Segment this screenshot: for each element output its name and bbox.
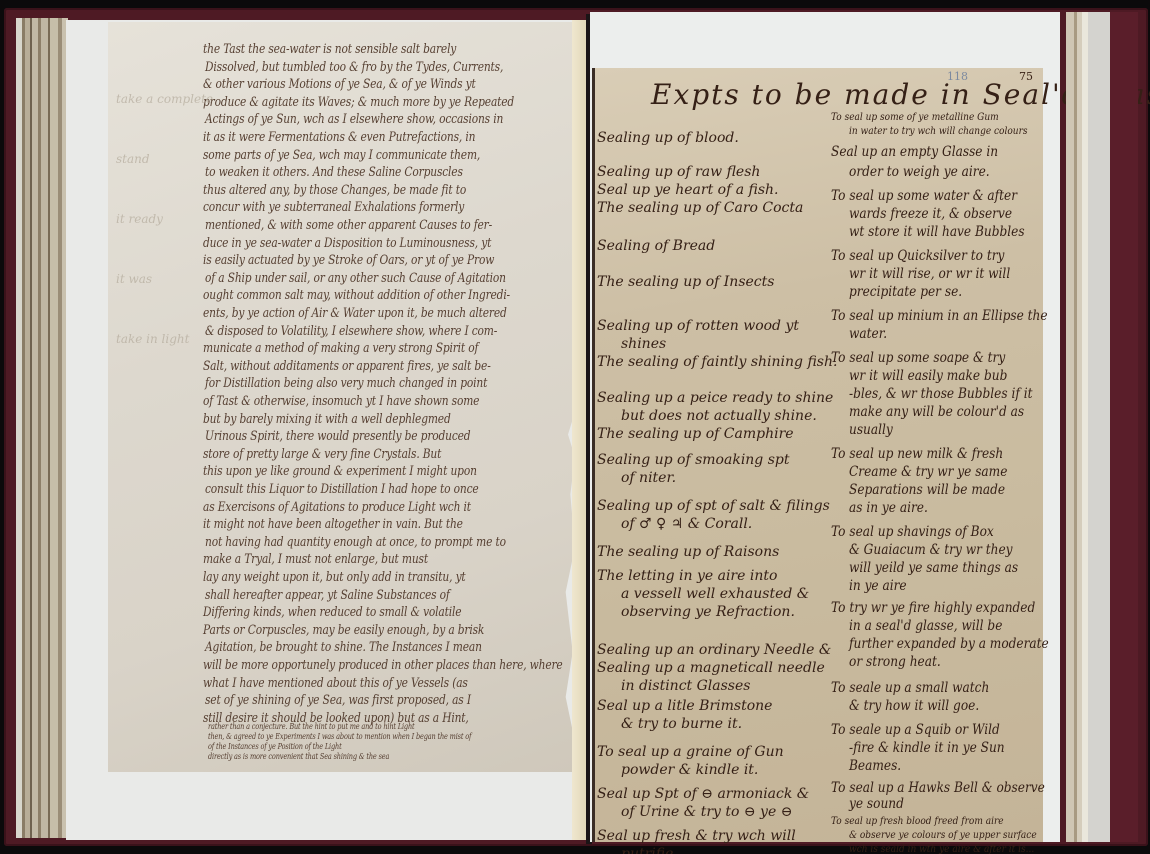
manuscript-line: make a Tryal, I must not enlarge, but mu… <box>203 552 428 567</box>
manuscript-line: the Tast the sea-water is not sensible s… <box>203 42 456 57</box>
left-column-entry: Seal up fresh & try wch will <box>597 828 796 844</box>
left-column-entry: of ♂ ♀ ♃ & Corall. <box>621 516 752 532</box>
right-column-entry: in ye aire <box>849 578 907 594</box>
manuscript-line: not having had quantity enough at once, … <box>205 535 506 550</box>
manuscript-line: Actings of ye Sun, wch as I elsewhere sh… <box>205 112 503 127</box>
left-column-entry: Sealing of Bread <box>597 238 715 254</box>
bleed-through-text: take in light <box>116 332 189 346</box>
manuscript-line: of a Ship under sail, or any other such … <box>205 271 506 286</box>
right-column-entry: wards freeze it, & observe <box>849 206 1012 222</box>
left-column-entry: Sealing up of smoaking spt <box>597 452 790 468</box>
right-column-entry: wr it will easily make bub <box>849 368 1007 384</box>
manuscript-line: what I have mentioned about this of ye V… <box>203 676 468 691</box>
bleed-through-text: stand <box>116 152 150 166</box>
right-column-entry: To seale up a small watch <box>831 680 989 696</box>
manuscript-line: concur with ye subterraneal Exhalations … <box>203 200 464 215</box>
right-column-entry: precipitate per se. <box>849 284 962 300</box>
manuscript-line: store of pretty large & very fine Crysta… <box>203 447 441 462</box>
left-column-entry: of Urine & try to ⊖ ye ⊖ <box>621 804 792 820</box>
manuscript-line: produce & agitate its Waves; & much more… <box>203 95 514 110</box>
right-column-entry: Beames. <box>849 758 901 774</box>
manuscript-line: municate a method of making a very stron… <box>203 341 478 356</box>
manuscript-line: & other various Motions of ye Sea, & of … <box>203 77 476 92</box>
right-column-entry: wt store it will have Bubbles <box>849 224 1025 240</box>
right-column-entry: further expanded by a moderate <box>849 636 1049 652</box>
left-column-entry: powder & kindle it. <box>621 762 758 778</box>
right-column-entry: Separations will be made <box>849 482 1005 498</box>
bleed-through-text: it was <box>116 272 152 286</box>
left-column-entry: Sealing up of rotten wood yt <box>597 318 799 334</box>
left-column-entry: Seal up a litle Brimstone <box>597 698 772 714</box>
right-page-stack-edge <box>1066 12 1110 842</box>
right-column-entry: ye sound <box>849 796 904 812</box>
left-column-entry: putrifie. <box>621 846 678 854</box>
manuscript-line: is easily actuated by ye Stroke of Oars,… <box>203 253 494 268</box>
right-column-entry: To seal up minium in an Ellipse the <box>831 308 1048 324</box>
left-column-entry: but does not actually shine. <box>621 408 817 424</box>
manuscript-line: lay any weight upon it, but only add in … <box>203 570 466 585</box>
manuscript-line: it as it were Fermentations & even Putre… <box>203 130 475 145</box>
left-column-entry: Sealing up an ordinary Needle & <box>597 642 831 658</box>
manuscript-line: Urinous Spirit, there would presently be… <box>205 429 470 444</box>
right-column-entry: water. <box>849 326 887 342</box>
right-column-entry: & Guaiacum & try wr they <box>849 542 1013 558</box>
left-column-entry: Sealing up of spt of salt & filings <box>597 498 830 514</box>
manuscript-line: Agitation, be brought to shine. The Inst… <box>205 640 482 655</box>
right-column-entry: -bles, & wr those Bubbles if it <box>849 386 1032 402</box>
right-column-entry: To seal up some of ye metalline Gum <box>831 112 999 123</box>
left-column-entry: Sealing up a magneticall needle <box>597 660 825 676</box>
right-column-entry: make any will be colour'd as <box>849 404 1024 420</box>
manuscript-line: it might not have been altogether in vai… <box>203 517 463 532</box>
manuscript-line: rather than a conjecture. But the hint t… <box>208 722 414 731</box>
folio-number: 118 <box>947 70 968 83</box>
manuscript-line: ents, by ye action of Air & Water upon i… <box>203 306 507 321</box>
left-column-entry: The sealing up of Insects <box>597 274 774 290</box>
manuscript-line: mentioned, & with some other apparent Ca… <box>205 218 492 233</box>
right-column-entry: To seal up Quicksilver to try <box>831 248 1004 264</box>
manuscript-line: Parts or Corpuscles, may be easily enoug… <box>203 623 484 638</box>
right-column-entry: To seal up some water & after <box>831 188 1017 204</box>
manuscript-line: directly as is more convenient that Sea … <box>208 752 389 761</box>
left-column-entry: in distinct Glasses <box>621 678 750 694</box>
manuscript-line: will be more opportunely produced in oth… <box>203 658 563 673</box>
manuscript-line: of the Instances of ye Position of the L… <box>208 742 342 751</box>
left-page-stack-edge <box>16 18 68 838</box>
left-column-entry: Sealing up a peice ready to shine <box>597 390 833 406</box>
manuscript-line: some parts of ye Sea, wch may I communic… <box>203 148 480 163</box>
manuscript-line: this upon ye like ground & experiment I … <box>203 464 477 479</box>
right-column-entry: usually <box>849 422 893 438</box>
right-column-entry: Creame & try wr ye same <box>849 464 1007 480</box>
right-column-entry: in a seal'd glasse, will be <box>849 618 1002 634</box>
manuscript-line: to weaken it others. And these Saline Co… <box>205 165 463 180</box>
right-column-entry: To seal up new milk & fresh <box>831 446 1003 462</box>
manuscript-line: & disposed to Volatility, I elsewhere sh… <box>205 324 497 339</box>
left-column-entry: Seal up Spt of ⊖ armoniack & <box>597 786 809 802</box>
back-cover-edge <box>1110 12 1138 842</box>
manuscript-line: of Tast & otherwise, insomuch yt I have … <box>203 394 479 409</box>
right-column-entry: Seal up an empty Glasse in <box>831 144 998 160</box>
manuscript-line: shall hereafter appear, yt Saline Substa… <box>205 588 450 603</box>
left-column-entry: The letting in ye aire into <box>597 568 777 584</box>
manuscript-line: Salt, without additaments or apparent fi… <box>203 359 491 374</box>
left-column-entry: The sealing up of Camphire <box>597 426 794 442</box>
left-manuscript-leaf: the Tast the sea-water is not sensible s… <box>108 22 575 772</box>
left-column-entry: a vessell well exhausted & <box>621 586 809 602</box>
manuscript-line: consult this Liquor to Distillation I ha… <box>205 482 479 497</box>
left-column-entry: of niter. <box>621 470 676 486</box>
left-column-entry: The sealing of faintly shining fish. <box>597 354 837 370</box>
left-column-entry: The sealing up of Caro Cocta <box>597 200 803 216</box>
right-column-entry: -fire & kindle it in ye Sun <box>849 740 1005 756</box>
manuscript-line: Dissolved, but tumbled too & fro by the … <box>205 60 503 75</box>
manuscript-line: set of ye shining of ye Sea, was first p… <box>205 693 471 708</box>
left-column-entry: observing ye Refraction. <box>621 604 795 620</box>
manuscript-line: for Distillation being also very much ch… <box>205 376 487 391</box>
left-column-entry: Sealing up of blood. <box>597 130 739 146</box>
right-column-entry: To seal up shavings of Box <box>831 524 994 540</box>
left-guard-strip <box>572 20 586 840</box>
left-column-entry: To seal up a graine of Gun <box>597 744 784 760</box>
right-column-entry: & try how it will goe. <box>849 698 979 714</box>
bleed-through-text: it ready <box>116 212 163 226</box>
manuscript-line: as Exercisons of Agitations to produce L… <box>203 500 471 515</box>
bleed-through-text: take a complete <box>116 92 213 106</box>
right-column-entry: wch is seald in wth ye aire & after it i… <box>849 844 1034 854</box>
right-column-entry: & observe ye colours of ye upper surface <box>849 830 1037 841</box>
right-column-entry: will yeild ye same things as <box>849 560 1018 576</box>
manuscript-line: Differing kinds, when reduced to small &… <box>203 605 461 620</box>
right-column-entry: in water to try wch will change colours <box>849 126 1027 137</box>
manuscript-line: ought common salt may, without addition … <box>203 288 510 303</box>
corner-mark: 75 <box>1019 70 1033 83</box>
left-column-entry: & try to burne it. <box>621 716 742 732</box>
right-column-entry: To seal up some soape & try <box>831 350 1005 366</box>
manuscript-line: duce in ye sea-water a Disposition to Lu… <box>203 236 491 251</box>
right-column-entry: To seale up a Squib or Wild <box>831 722 1000 738</box>
manuscript-line: thus altered any, by those Changes, be m… <box>203 183 466 198</box>
left-column-entry: The sealing up of Raisons <box>597 544 779 560</box>
left-column-entry: shines <box>621 336 666 352</box>
right-column-entry: wr it will rise, or wr it will <box>849 266 1010 282</box>
manuscript-line: then, & agreed to ye Experiments I was a… <box>208 732 471 741</box>
right-column-entry: order to weigh ye aire. <box>849 164 990 180</box>
right-column-entry: To try wr ye fire highly expanded <box>831 600 1035 616</box>
right-column-entry: To seal up a Hawks Bell & observe <box>831 780 1045 796</box>
left-column-entry: Sealing up of raw flesh <box>597 164 760 180</box>
right-column-entry: To seal up fresh blood freed from aire <box>831 816 1004 827</box>
right-column-entry: as in ye aire. <box>849 500 928 516</box>
left-column-entry: Seal up ye heart of a fish. <box>597 182 779 198</box>
manuscript-line: but by barely mixing it with a well deph… <box>203 412 451 427</box>
right-column-entry: or strong heat. <box>849 654 941 670</box>
right-manuscript-leaf: Expts to be made in Seal'd Glasses 118 7… <box>592 68 1043 842</box>
